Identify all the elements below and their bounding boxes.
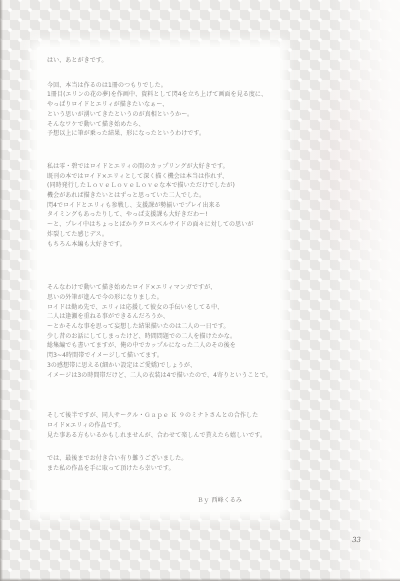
page-number: 33 xyxy=(351,536,361,544)
text-line: 少し昔のお話にしてしまったけど、時間問題での二人を描けたかな。 xyxy=(47,332,272,342)
afterword-text-block: はい、あとがきです。 今回、本当は作るのは1冊のつもりでした。1冊目(エリンの花… xyxy=(37,47,280,506)
paragraph-guest-work: そして後半ですが、同人サークル・Ｇａｐｅ Ｋ ９のミナトさんとの合作したロイド×… xyxy=(47,411,272,440)
text-line: もちろん本編も大好きです。 xyxy=(47,240,272,250)
text-line: 今回、本当は作るのは1冊のつもりでした。 xyxy=(47,81,272,91)
text-line: 二人は逢瀬を重ねる事ができるんだろうか、 xyxy=(47,312,272,322)
text-line: タイミングもあったりして、やっぱ支援課も大好きだわー! xyxy=(47,210,272,220)
text-line: 炸裂してた感じデス。 xyxy=(47,230,272,240)
text-line: ロイドは勤め先で、エリィは応援して彼女の手伝いをしてる中、 xyxy=(47,303,272,313)
text-line: やっぱりロイドとエリィが描きたいなぁー、 xyxy=(47,100,272,110)
text-line: 閃4でロイドとエリィも参戦し、支援課が勢揃いでプレイ出来る xyxy=(47,201,272,211)
afterword-title: はい、あとがきです。 xyxy=(47,56,272,66)
paragraph-intro: 今回、本当は作るのは1冊のつもりでした。1冊目(エリンの花の夢)を作画中、資料と… xyxy=(47,81,272,139)
text-line: 機会があれば描きたいとはずっと思っていた二人でした。 xyxy=(47,191,272,201)
text-line: 1冊目(エリンの花の夢)を作画中、資料として閃4を立ち上げて画面を見る度に、 xyxy=(47,90,272,100)
text-line: 見た事ある方もいるかもしれませんが、合わせて楽しんで貰えたら嬉しいです。 xyxy=(47,431,272,441)
text-line: 閃3~4時間帯でイメージして描いてます。 xyxy=(47,351,272,361)
text-line: また私の作品を手に取って頂けたら幸いです。 xyxy=(47,464,272,474)
text-line: 予想以上に筆が乗った結果、形になったというわけです。 xyxy=(47,129,272,139)
paragraph-pairing: 私は零・碧ではロイドとエリィの間のカップリングが大好きです。既刊の本ではロイド×… xyxy=(47,162,272,249)
text-line: 総集編でも書いてますが、俺の中でカップルになった二人のその後を xyxy=(47,341,272,351)
page-left-edge-shadow xyxy=(0,0,3,581)
text-line: イメージは3の時間帯だけど、二人の衣装は4で描いたので、4寄りということで。 xyxy=(47,371,272,381)
text-line: ーとかそんな事を思って妄想した結果描いたのは二人の一日です。 xyxy=(47,322,272,332)
scanned-afterword-page: はい、あとがきです。 今回、本当は作るのは1冊のつもりでした。1冊目(エリンの花… xyxy=(0,0,400,581)
afterword-text-area: はい、あとがきです。 今回、本当は作るのは1冊のつもりでした。1冊目(エリンの花… xyxy=(37,47,280,512)
text-line: 既刊の本ではロイド×エリィとして深く描く機会は本当は作れず、 xyxy=(47,172,272,182)
text-line: (同時発行したＬｏｖｅＬｏｖｅＬｏｖｅな本で描いただけでしたが) xyxy=(47,181,272,191)
text-line: そんなわけで動いて描き始めたロイド×エリィマンガですが、 xyxy=(47,283,272,293)
text-line: 思いの外筆が進んで今の形になりました。 xyxy=(47,293,272,303)
paragraph-story-notes: そんなわけで動いて描き始めたロイド×エリィマンガですが、思いの外筆が進んで今の形… xyxy=(47,283,272,380)
text-line: そんなワケで動いて描き始めたら、 xyxy=(47,120,272,130)
text-line: という思いが湧いてきたというのが真相というかー。 xyxy=(47,110,272,120)
text-line: 3の感想帯に思える(細かい設定はご愛嬌)でしょうが、 xyxy=(47,361,272,371)
text-line: ロイド×エリィの作品です。 xyxy=(47,421,272,431)
text-line: ーと、プレイ中はちょっとばかりクロスベルサイドの面々に対しての思いが xyxy=(47,220,272,230)
paragraph-closing: では、最後までお付き合い有り難うございました。また私の作品を手に取って頂けたら幸… xyxy=(47,454,272,473)
text-line: では、最後までお付き合い有り難うございました。 xyxy=(47,454,272,464)
text-line: そして後半ですが、同人サークル・Ｇａｐｅ Ｋ ９のミナトさんとの合作した xyxy=(47,411,272,421)
author-signature: Ｂｙ 西峰くるみ xyxy=(47,496,272,506)
text-line: 私は零・碧ではロイドとエリィの間のカップリングが大好きです。 xyxy=(47,162,272,172)
